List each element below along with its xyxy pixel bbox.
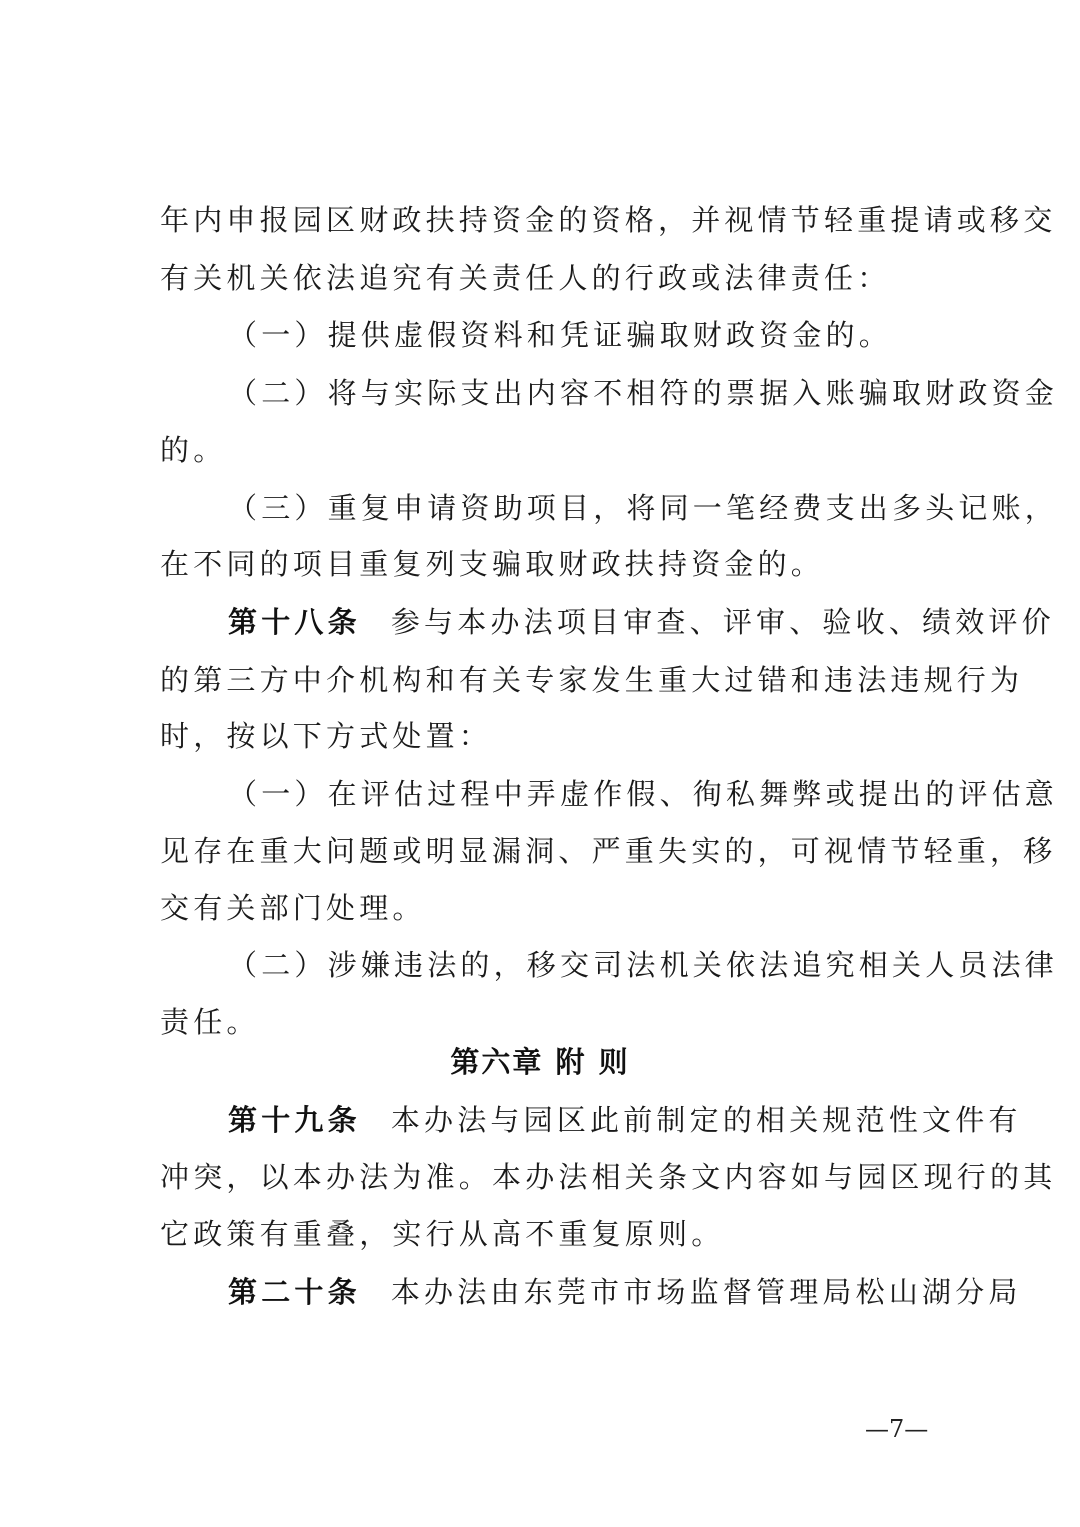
article-20-line: 第二十条本办法由东莞市市场监督管理局松山湖分局 (228, 1272, 935, 1312)
list-item-line: （二）将与实际支出内容不相符的票据入账骗取财政资金 (228, 373, 935, 413)
article-label: 第二十条 (228, 1275, 361, 1309)
article-label: 第十八条 (228, 605, 361, 639)
list-item-line: （一）提供虚假资料和凭证骗取财政资金的。 (228, 315, 935, 355)
paragraph-line: 它政策有重叠，实行从高不重复原则。 (160, 1214, 935, 1254)
paragraph-line: 时，按以下方式处置： (160, 716, 935, 756)
paragraph-line: 年内申报园区财政扶持资金的资格，并视情节轻重提请或移交 (160, 200, 935, 240)
article-19-line: 第十九条本办法与园区此前制定的相关规范性文件有 (228, 1100, 935, 1140)
article-text: 本办法由东莞市市场监督管理局松山湖分局 (391, 1275, 1022, 1309)
chapter-heading: 第六章 附 则 (0, 1042, 1080, 1082)
page-number: —7— (865, 1414, 928, 1444)
article-text: 本办法与园区此前制定的相关规范性文件有 (391, 1103, 1022, 1137)
article-label: 第十九条 (228, 1103, 361, 1137)
paragraph-line: 交有关部门处理。 (160, 888, 935, 928)
paragraph-line: 冲突，以本办法为准。本办法相关条文内容如与园区现行的其 (160, 1157, 935, 1197)
document-page: 年内申报园区财政扶持资金的资格，并视情节轻重提请或移交 有关机关依法追究有关责任… (0, 0, 1080, 1527)
list-item-line: （二）涉嫌违法的，移交司法机关依法追究相关人员法律 (228, 945, 935, 985)
paragraph-line: 责任。 (160, 1002, 935, 1042)
paragraph-line: 的。 (160, 430, 935, 470)
paragraph-line: 的第三方中介机构和有关专家发生重大过错和违法违规行为 (160, 660, 935, 700)
paragraph-line: 见存在重大问题或明显漏洞、严重失实的，可视情节轻重，移 (160, 831, 935, 871)
paragraph-line: 有关机关依法追究有关责任人的行政或法律责任： (160, 258, 935, 298)
paragraph-line: 在不同的项目重复列支骗取财政扶持资金的。 (160, 544, 935, 584)
list-item-line: （一）在评估过程中弄虚作假、徇私舞弊或提出的评估意 (228, 774, 935, 814)
article-18-line: 第十八条参与本办法项目审查、评审、验收、绩效评价 (228, 602, 935, 642)
article-text: 参与本办法项目审查、评审、验收、绩效评价 (391, 605, 1055, 639)
list-item-line: （三）重复申请资助项目，将同一笔经费支出多头记账， (228, 488, 935, 528)
